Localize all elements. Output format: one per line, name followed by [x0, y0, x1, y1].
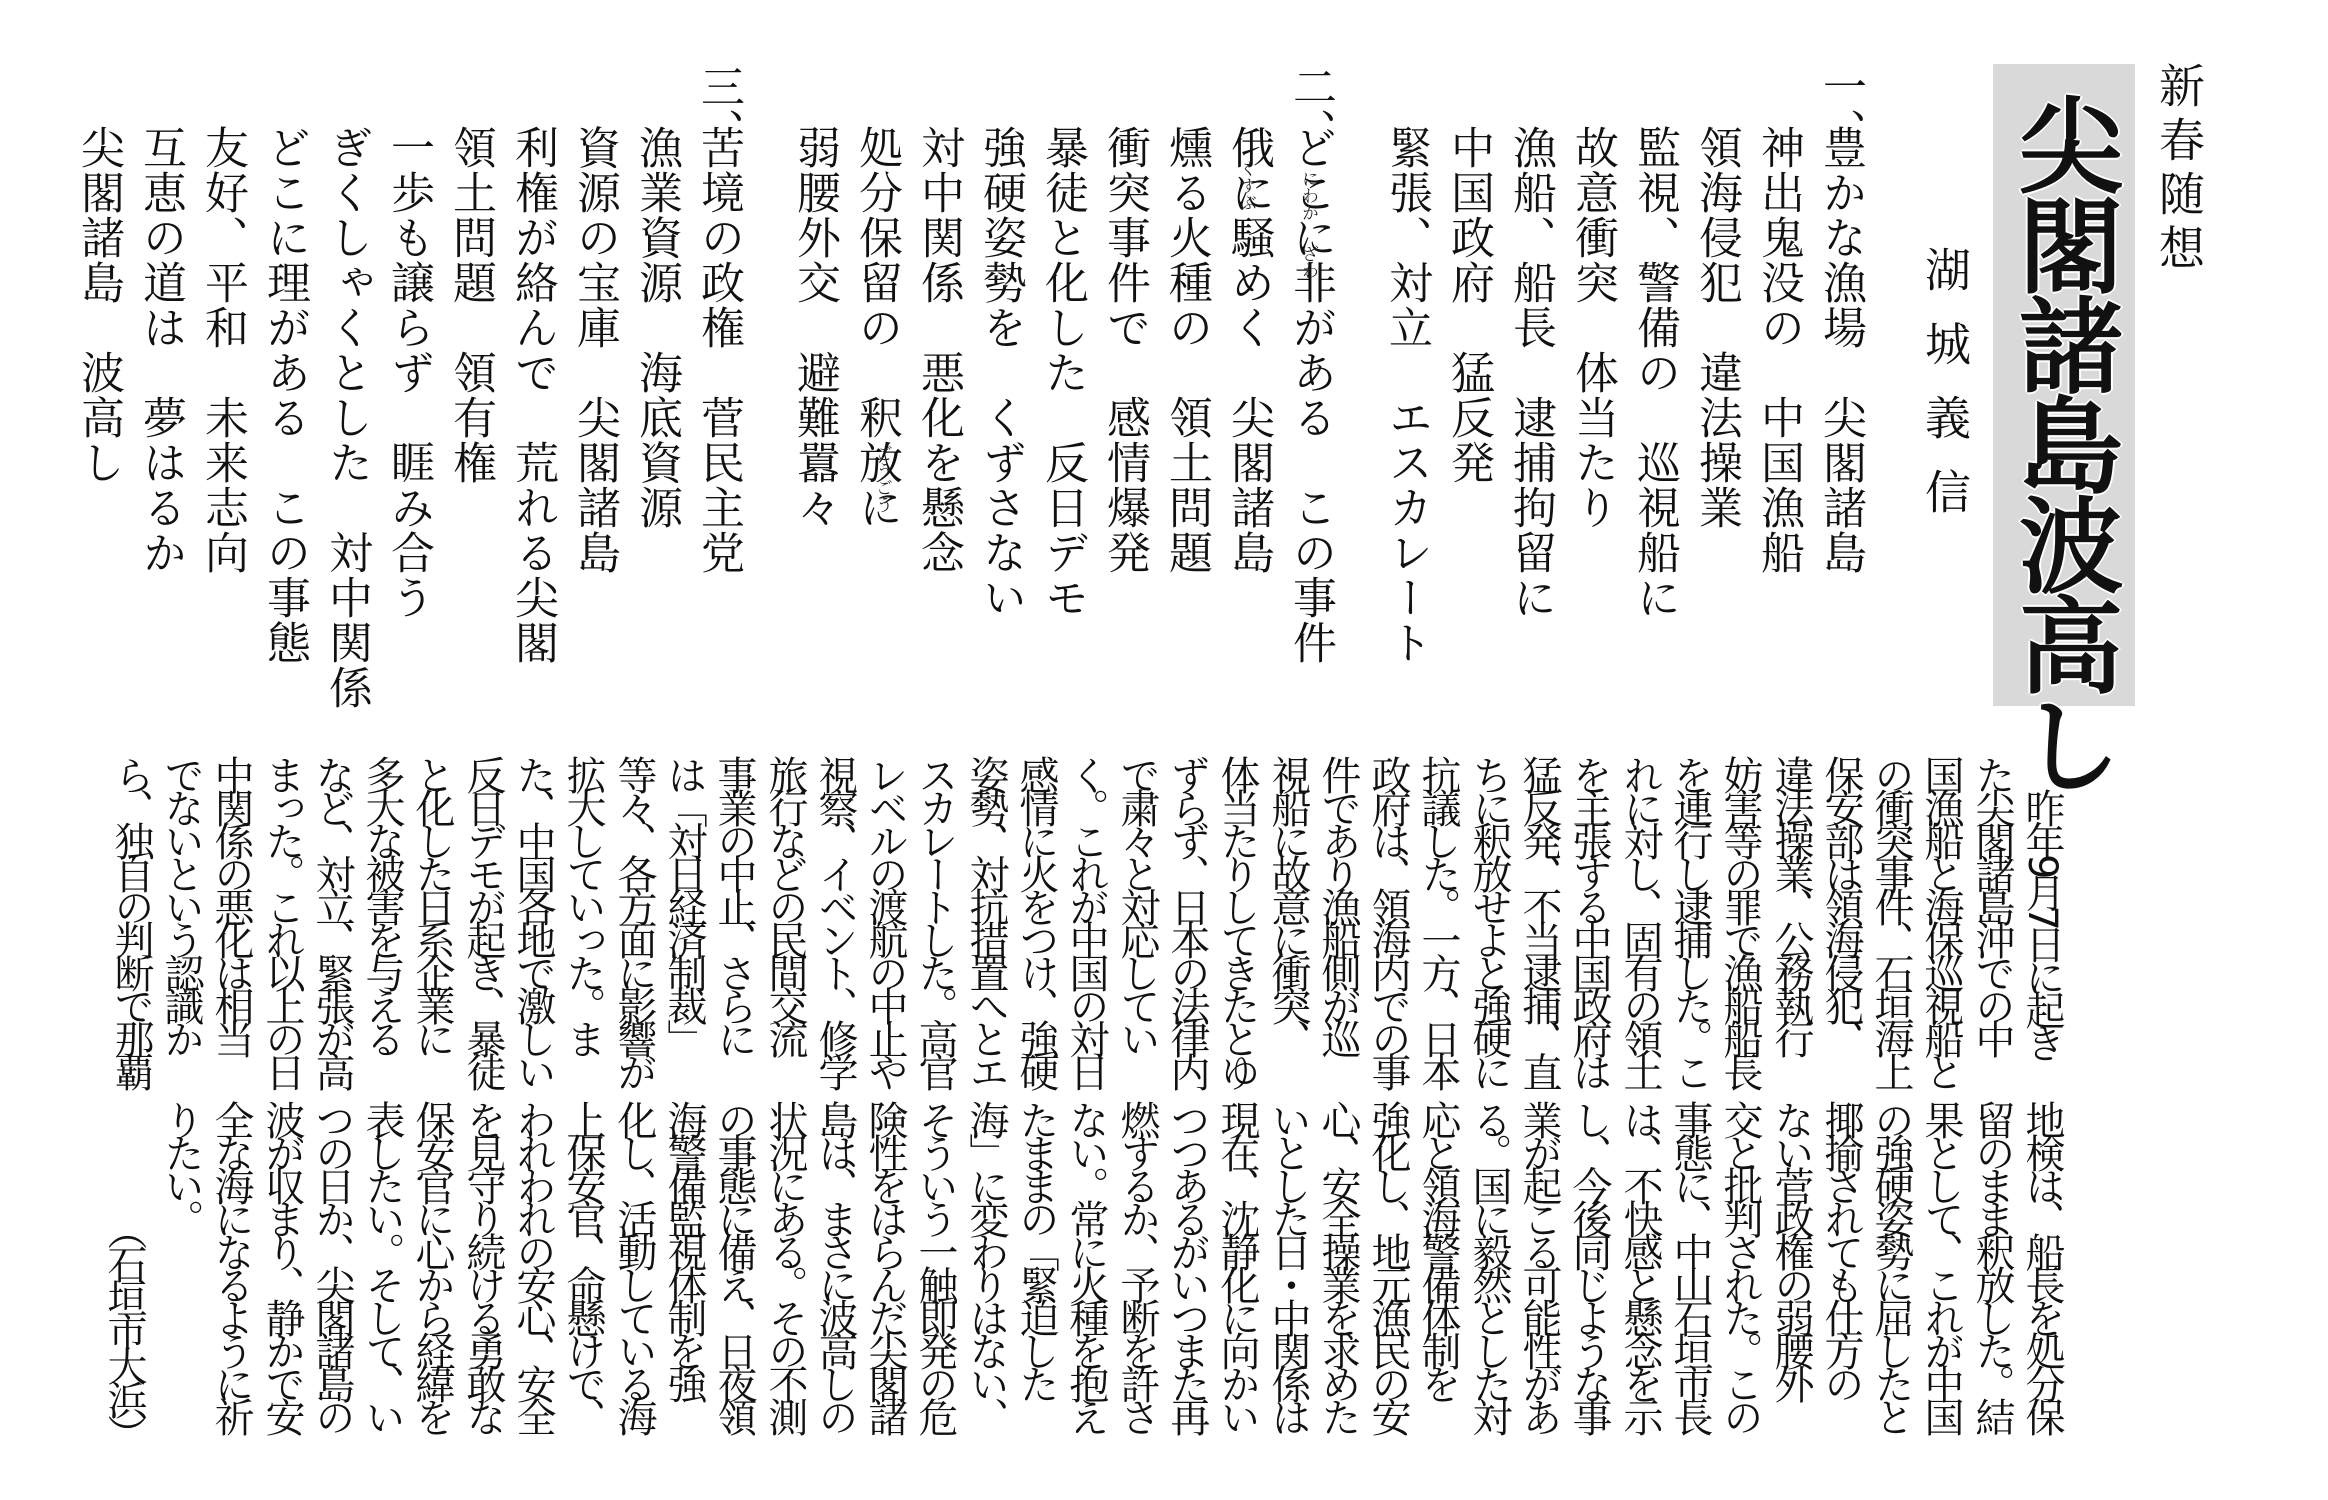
poem-line: 弱腰外交 避難囂々	[792, 125, 836, 530]
poem-line: 領土問題 領有権	[448, 125, 492, 485]
prose-column-lower: 全な海になるように祈	[211, 1100, 251, 1430]
prose-column-upper: 拡大していった。ま	[563, 755, 603, 1052]
poem-line: 故意衝突 体当たり	[1570, 125, 1614, 530]
prose-column-upper: 抗議した。一方、日本	[1418, 755, 1458, 1085]
prose-column-lower: 強化し、地元漁民の安	[1368, 1100, 1408, 1430]
prose-column-upper: まった。これ以上の日	[262, 755, 302, 1085]
prose-column-upper: 件であり漁船側が巡	[1318, 755, 1358, 1052]
prose-column-upper: ら、独自の判断で那覇	[111, 755, 151, 1085]
prose-column-lower: つの日か、尖閣諸島の	[312, 1100, 352, 1430]
prose-column-upper: 猛反発、不当逮捕、直	[1519, 755, 1559, 1085]
prose-column-upper: 国漁船と海保巡視船と	[1921, 755, 1961, 1085]
article-title: 尖閣諸島波高し	[2010, 92, 2114, 792]
poem-line: 燻る火種の 領土問題	[1164, 125, 1208, 575]
prose-column-lower: を見守り続ける勇敢な	[463, 1100, 503, 1430]
prose-column-upper: ちに釈放せよと強硬に	[1469, 755, 1509, 1085]
prose-column-lower: いとした日・中関係は	[1268, 1100, 1308, 1430]
poem-line: 一歩も譲らず 睚み合う	[386, 125, 430, 620]
prose-column-upper: 姿勢、対抗措置へとエ	[966, 755, 1006, 1085]
prose-column-upper: 昨年9月7日に起き	[2022, 755, 2062, 1056]
prose-column-upper: を主張する中国政府は	[1569, 755, 1609, 1085]
poem-line: ぎくしゃくとした 対中関係	[324, 125, 368, 710]
prose-column-upper: 視船に故意に衝突、	[1268, 755, 1308, 1052]
prose-column-lower: つつあるがいつまた再	[1167, 1100, 1207, 1430]
poem-line: 尖閣諸島 波高し	[76, 125, 120, 485]
prose-column-lower: 地検は、船長を処分保	[2022, 1100, 2062, 1430]
prose-column-upper: 違法操業、公務執行	[1771, 755, 1811, 1052]
ruby-kusubu: くすぶ	[1234, 160, 1259, 211]
prose-column-upper: 中関係の悪化は相当	[211, 755, 251, 1052]
poem-line: 暴徒と化した 反日デモ	[1040, 125, 1084, 620]
prose-column-lower: ない菅政権の弱腰外	[1771, 1100, 1811, 1397]
prose-column-lower: ない。常に火種を抱え	[1066, 1100, 1106, 1430]
poem-line: 資源の宝庫 尖閣諸島	[572, 125, 616, 575]
prose-column-lower: 海警備監視体制を強	[664, 1100, 704, 1397]
prose-column-lower: 業が起こる可能性があ	[1519, 1100, 1559, 1430]
prose-column-upper: 保安部は領海侵犯、	[1821, 755, 1861, 1052]
prose-column-upper: 政府は、領海内での事	[1368, 755, 1408, 1085]
prose-column-upper: た、中国各地で激しい	[513, 755, 553, 1085]
prose-column-upper: 事業の中止、さらに	[714, 755, 754, 1052]
prose-column-lower: 波が収まり、静かで安	[262, 1100, 302, 1430]
series-label: 新春随想	[2156, 62, 2202, 278]
prose-column-upper: の衝突事件、石垣海上	[1871, 755, 1911, 1085]
prose-column-lower: 交と批判された。この	[1720, 1100, 1760, 1430]
prose-column-upper: など、対立、緊張が高	[312, 755, 352, 1085]
poem-line: 対中関係 悪化を懸念	[916, 125, 960, 575]
poem-line: 強硬姿勢を くずさない	[978, 125, 1022, 620]
prose-column-lower: たままの「緊迫した	[1016, 1100, 1056, 1397]
prose-column-upper: 多大な被害を与える	[362, 755, 402, 1052]
prose-column-lower: 現在、沈静化に向かい	[1217, 1100, 1257, 1430]
prose-column-lower: る。国に毅然とした対	[1469, 1100, 1509, 1430]
poem-line: 領海侵犯 違法操業	[1694, 125, 1738, 530]
prose-column-upper: ずらず、日本の法律内	[1167, 755, 1207, 1085]
prose-column-lower: 事態に、中山石垣市長	[1670, 1100, 1710, 1430]
prose-column-lower: 化し、活動している海	[614, 1100, 654, 1430]
prose-column-upper: 妨害等の罪で漁船船長	[1720, 755, 1760, 1085]
prose-column-lower: 保安官に心から経緯を	[412, 1100, 452, 1430]
prose-column-lower: し、今後同じような事	[1569, 1100, 1609, 1430]
prose-column-lower: 果として、これが中国	[1921, 1100, 1961, 1430]
prose-column-upper: を連行し逮捕した。こ	[1670, 755, 1710, 1085]
prose-column-upper: れに対し、固有の領土	[1620, 755, 1660, 1085]
prose-column-upper: く。これが中国の対日	[1066, 755, 1106, 1085]
prose-column-upper: 反日デモが起き、暴徒	[463, 755, 503, 1085]
prose-column-lower: 揶揄されても仕方の	[1821, 1100, 1861, 1397]
poem-line: 緊張、対立 エスカレート	[1384, 125, 1428, 665]
poem-line: どこに理がある この事態	[262, 125, 306, 665]
poem-line: 互恵の道は 夢はるか	[138, 125, 182, 575]
prose-column-lower: 応と領海警備体制を	[1418, 1100, 1458, 1397]
poem-line: 衝突事件で 感情爆発	[1102, 125, 1146, 575]
prose-column-upper: でないという認識か	[161, 755, 201, 1052]
prose-column-lower: そういう一触即発の危	[915, 1100, 955, 1430]
prose-column-lower: 留のまま釈放した。結	[1972, 1100, 2012, 1430]
poem-line: 苦境の政権 菅民主党	[696, 125, 740, 575]
ruby-niwaka: にわか	[1296, 170, 1321, 221]
prose-column-upper: は「対日経済制裁」	[664, 755, 704, 1052]
poem-line: 豊かな漁場 尖閣諸島	[1818, 125, 1862, 575]
prose-column-lower: の事態に備え、日夜領	[714, 1100, 754, 1430]
signature: （石垣市大浜）	[104, 1210, 144, 1448]
prose-column-lower: 燃するか、予断を許さ	[1117, 1100, 1157, 1430]
prose-column-lower: 海」に変わりはない、	[966, 1100, 1006, 1430]
prose-column-upper: 体当たりしてきたとゆ	[1217, 755, 1257, 1085]
poem-line: 神出鬼没の 中国漁船	[1756, 125, 1800, 575]
prose-column-upper: 等々、各方面に影響が	[614, 755, 654, 1085]
prose-column-upper: と化した日系企業に	[412, 755, 452, 1052]
prose-column-upper: 感情に火をつけ、強硬	[1016, 755, 1056, 1085]
prose-column-upper: 旅行などの民間交流	[765, 755, 805, 1052]
prose-column-lower: 表したい。そして、い	[362, 1100, 402, 1430]
poem-line: 監視、警備の 巡視船に	[1632, 125, 1676, 620]
ruby-gougou: ごうごう	[870, 445, 895, 513]
prose-column-upper: スカレートした。高官	[915, 755, 955, 1085]
prose-column-lower: りたい。	[161, 1100, 201, 1232]
prose-column-lower: 島は、まさに波高しの	[815, 1100, 855, 1430]
ruby-zawa: ざわ	[1296, 245, 1321, 279]
poem-line: 漁船、船長 逮捕拘留に	[1508, 125, 1552, 620]
poem-line: 利権が絡んで 荒れる尖閣	[510, 125, 554, 665]
prose-column-upper: 視察、イベント、修学	[815, 755, 855, 1085]
prose-column-upper: た尖閣諸島沖での中	[1972, 755, 2012, 1052]
prose-column-lower: 上保安官、命懸けで、	[563, 1100, 603, 1430]
prose-column-lower: 心、安全操業を求めた	[1318, 1100, 1358, 1430]
poem-line: 漁業資源 海底資源	[634, 125, 678, 530]
poem-line: 友好、平和 未来志向	[200, 125, 244, 575]
prose-column-lower: 険性をはらんだ尖閣諸	[865, 1100, 905, 1430]
prose-column-upper: レベルの渡航の中止や	[865, 755, 905, 1085]
prose-column-upper: で粛々と対応してい	[1117, 755, 1157, 1052]
prose-column-lower: 状況にある。その不測	[765, 1100, 805, 1430]
prose-column-lower: は、不快感と懸念を示	[1620, 1100, 1660, 1430]
prose-column-lower: の強硬姿勢に屈したと	[1871, 1100, 1911, 1430]
prose-column-lower: われわれの安心、安全	[513, 1100, 553, 1430]
author-name: 湖城義信	[1922, 246, 1968, 542]
poem-line: 中国政府 猛反発	[1446, 125, 1490, 485]
